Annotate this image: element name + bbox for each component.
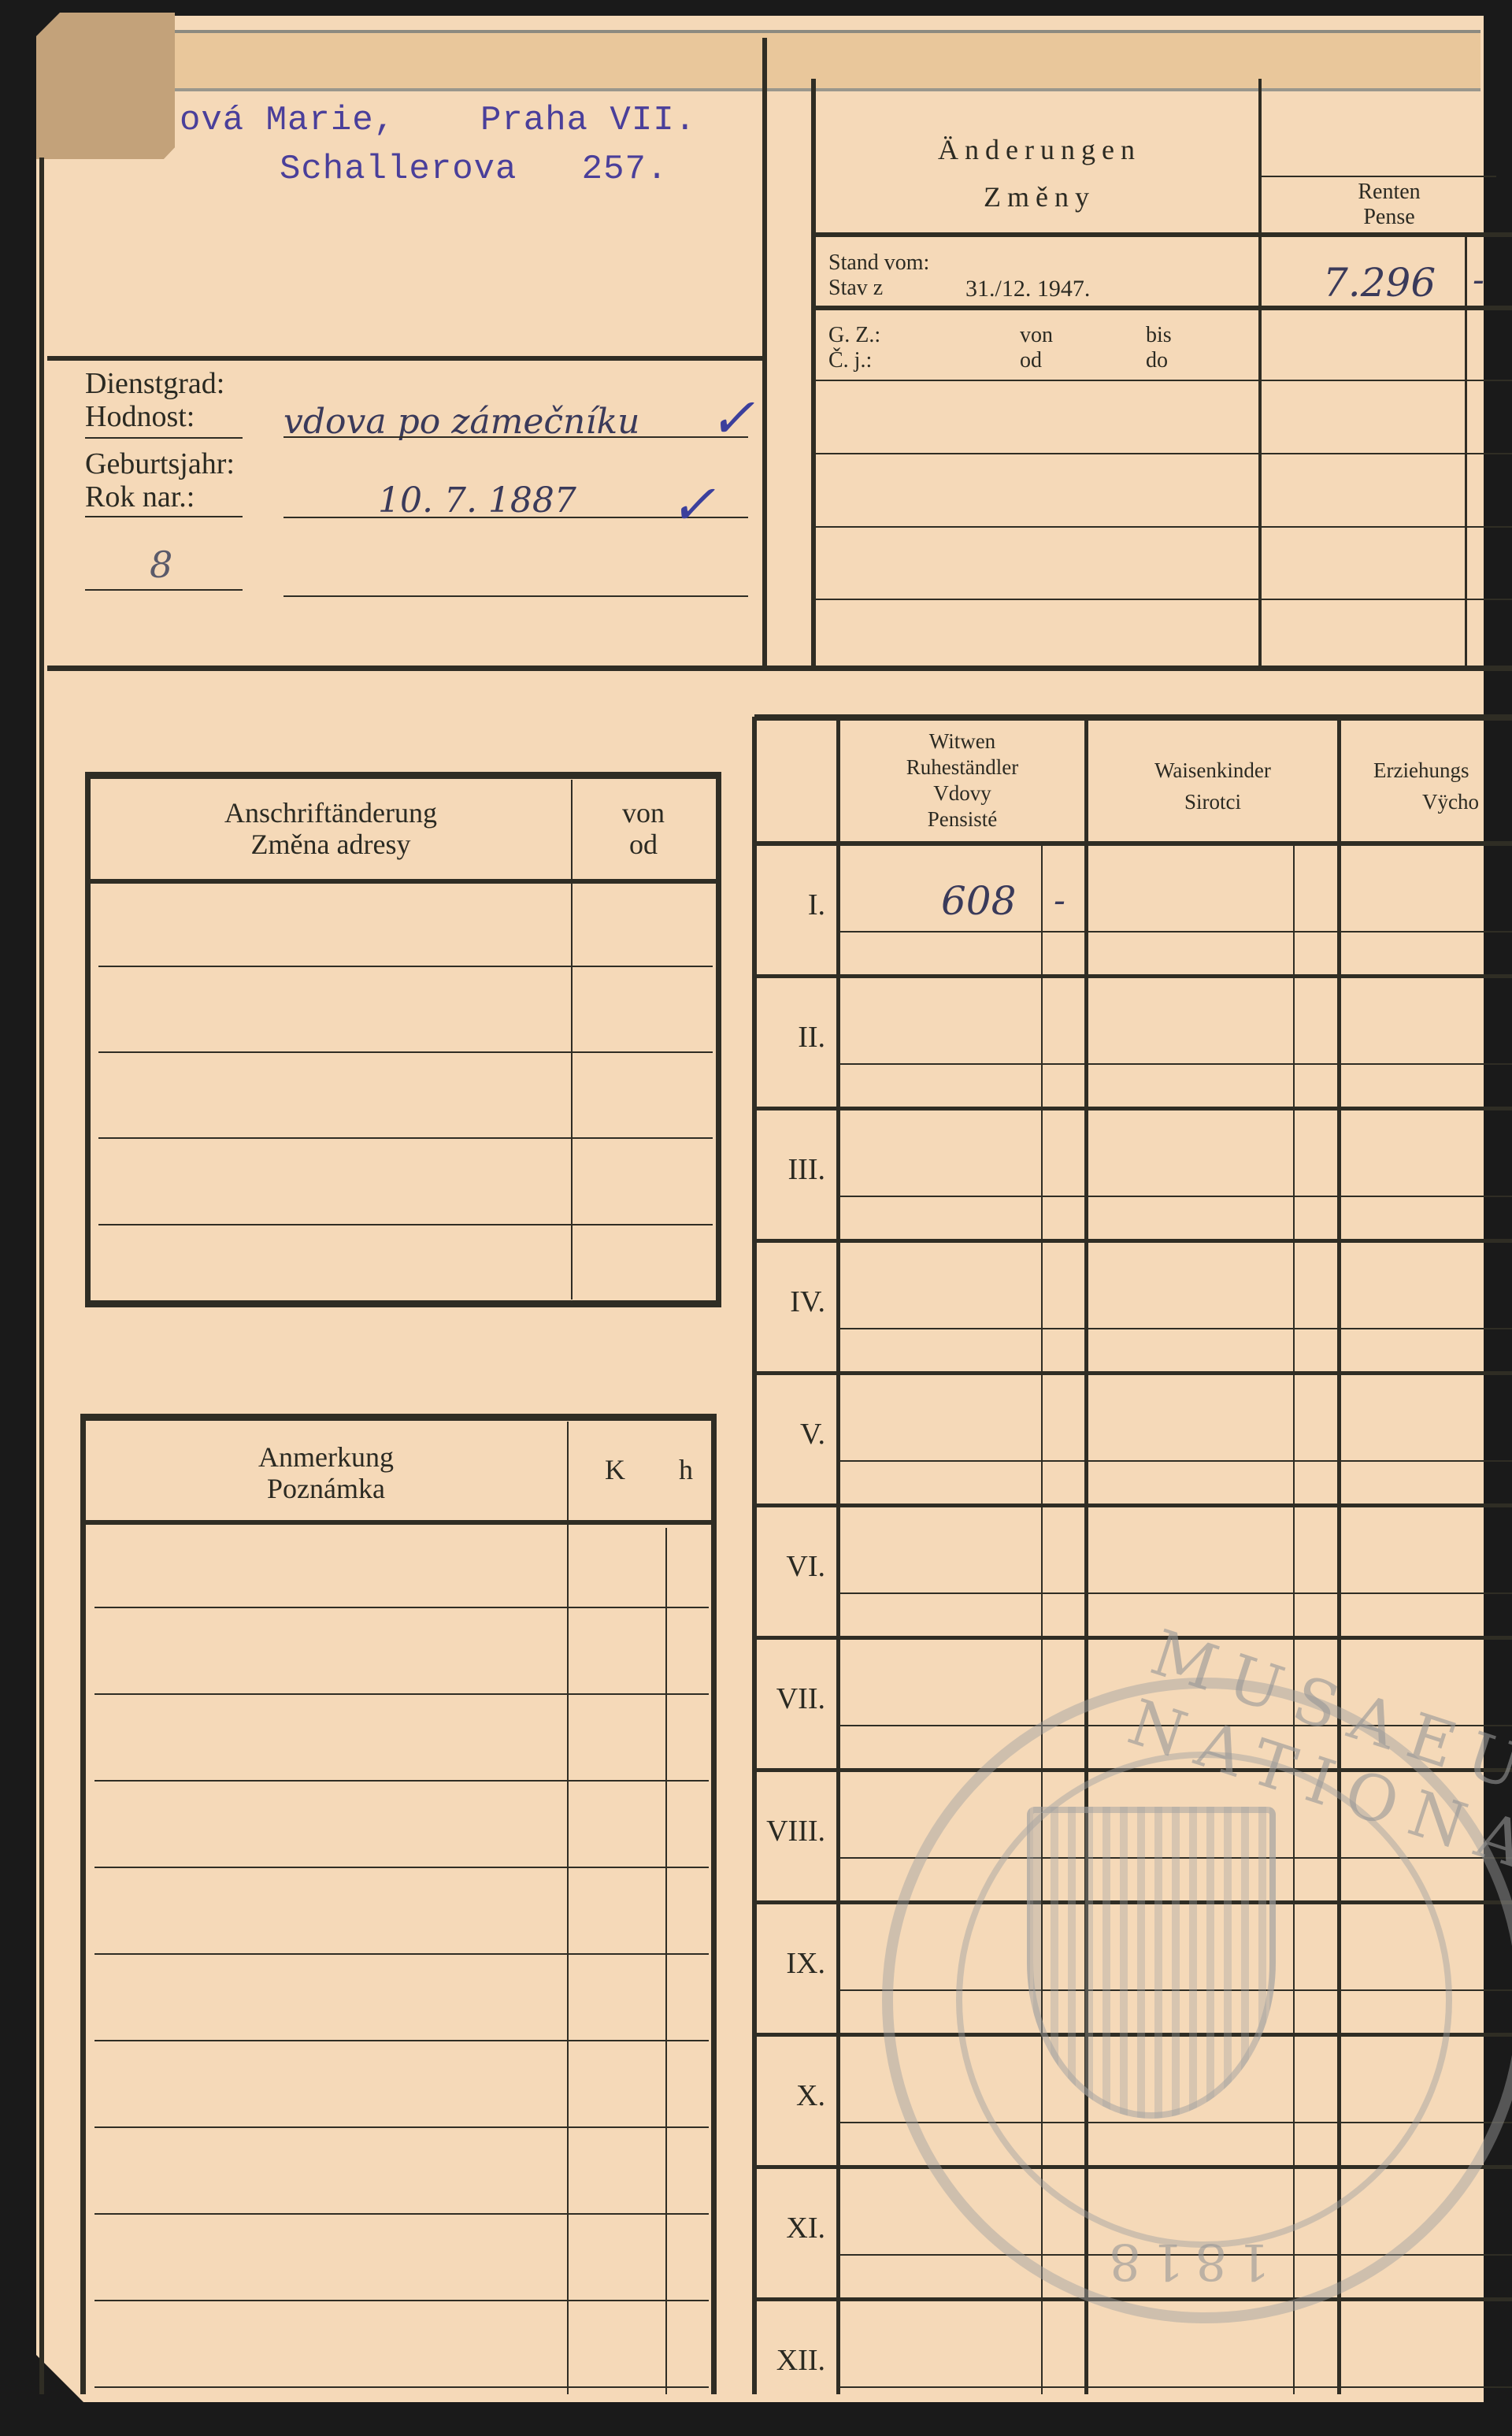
address-row-line [98, 966, 713, 967]
changes-title-cs: Změny [819, 173, 1260, 221]
changes-box-left-rule [811, 79, 816, 668]
remarks-row-line [94, 2213, 709, 2215]
month-entry-line [836, 1725, 1512, 1726]
month-row-divider [754, 1636, 1512, 1640]
stand-label-cs: Stav z [828, 276, 929, 301]
birth-label: Geburtsjahr: Rok nar.: [85, 447, 235, 514]
von-label: von [1020, 323, 1053, 348]
renten-cs: Pense [1263, 205, 1512, 230]
col-education-line: Erziehungs [1373, 755, 1512, 786]
birth-label-underline [85, 516, 243, 517]
month-row-divider [754, 1503, 1512, 1507]
birth-label-cs: Rok nar.: [85, 480, 235, 514]
od-label: od [1020, 348, 1053, 373]
changes-header-bottom [816, 232, 1512, 237]
month-entry-line [836, 2254, 1512, 2256]
month-entry-line [836, 1328, 1512, 1329]
top-band [173, 30, 1480, 91]
birth-check-mark: ✓ [669, 473, 716, 537]
extra-value-line [283, 595, 748, 597]
upper-section-bottom-rule [47, 666, 1512, 671]
month-label: V. [762, 1417, 825, 1452]
remarks-col-h: h [679, 1453, 693, 1486]
col-orphans-header: Waisenkinder Sirotci [1088, 755, 1337, 818]
month-row-divider [754, 2033, 1512, 2037]
address-title-cs: Změna adresy [91, 829, 571, 860]
typed-street: Schallerova 257. [280, 150, 668, 189]
gz-label-cs: Č. j.: [828, 348, 880, 373]
renten-header: Renten Pense [1263, 180, 1512, 230]
gz-label-de: G. Z.: [828, 323, 880, 348]
month-entry-line [836, 1460, 1512, 1462]
stand-label: Stand vom: Stav z [828, 250, 929, 301]
remarks-row-line [94, 1607, 709, 1608]
month-row-divider [754, 1900, 1512, 1904]
rank-label-cs: Hodnost: [85, 400, 224, 433]
changes-title-de: Änderungen [819, 126, 1260, 173]
remarks-header-bottom [85, 1520, 712, 1525]
renten-de: Renten [1263, 180, 1512, 205]
remarks-row-line [94, 1953, 709, 1955]
col-education-line: Vÿcho [1373, 786, 1512, 818]
orphans-sub-divider [1293, 844, 1295, 2394]
gz-label: G. Z.: Č. j.: [828, 323, 880, 373]
von-od-label: von od [1020, 323, 1053, 373]
remarks-title-cs: Poznámka [85, 1473, 567, 1504]
remarks-h-divider [665, 1528, 667, 2394]
birth-value: 10. 7. 1887 [378, 480, 576, 521]
address-row-line [98, 1051, 713, 1053]
remarks-row-line [94, 1693, 709, 1695]
paper-tape-patch [36, 13, 175, 159]
col-orphans-line: Sirotci [1088, 786, 1337, 818]
month-label: X. [762, 2078, 825, 2113]
month-label: IV. [762, 1285, 825, 1319]
jan-amount-dash: - [1054, 881, 1065, 921]
remarks-box [80, 1414, 717, 2394]
payments-left-rule [752, 717, 757, 2394]
changes-row-line [816, 453, 1512, 454]
address-von-header: von od [573, 797, 714, 860]
month-entry-line [836, 1592, 1512, 1594]
month-entry-line [836, 2386, 1512, 2388]
remarks-row-line [94, 2300, 709, 2301]
remarks-row-line [94, 2126, 709, 2128]
rank-label-de: Dienstgrad: [85, 367, 224, 400]
payments-header-bottom [754, 841, 1512, 846]
month-entry-line [836, 1196, 1512, 1197]
month-entry-line [836, 2122, 1512, 2123]
stand-amount-dash: - [1473, 260, 1484, 300]
remarks-col-k: K [605, 1453, 625, 1486]
card-left-rule [39, 158, 44, 2394]
col-education-header: Erziehungs Vÿcho [1373, 755, 1512, 818]
month-label: VII. [762, 1681, 825, 1716]
remarks-title: Anmerkung Poznámka [85, 1441, 567, 1504]
month-label: VI. [762, 1549, 825, 1584]
changes-row-line [816, 380, 1512, 381]
stand-bottom [816, 306, 1512, 310]
changes-title: Änderungen Změny [819, 126, 1260, 221]
month-label: III. [762, 1152, 825, 1187]
col-widows-header: Witwen Ruheständler Vdovy Pensisté [840, 729, 1084, 832]
month-row-divider [754, 1107, 1512, 1110]
do-label: do [1146, 348, 1172, 373]
changes-row-line [816, 526, 1512, 528]
rank-label: Dienstgrad: Hodnost: [85, 367, 224, 433]
address-od: od [573, 829, 714, 860]
month-row-divider [754, 1371, 1512, 1375]
bis-do-label: bis do [1146, 323, 1172, 373]
address-row-line [98, 1224, 713, 1225]
month-row-divider [754, 2165, 1512, 2169]
remarks-title-de: Anmerkung [85, 1441, 567, 1473]
address-header-bottom [91, 879, 717, 884]
rank-label-underline [85, 437, 243, 439]
renten-divider [1260, 176, 1496, 177]
typed-city: Praha VII. [480, 101, 696, 140]
header-divider [47, 356, 764, 361]
month-label: IX. [762, 1946, 825, 1981]
month-label: XII. [762, 2343, 825, 2378]
address-change-title: Anschriftänderung Změna adresy [91, 797, 571, 860]
month-row-divider [754, 2297, 1512, 2301]
month-label: I. [762, 888, 825, 922]
address-row-line [98, 1137, 713, 1139]
col-widows-line: Ruheständler [840, 755, 1084, 780]
widows-right-rule [1084, 717, 1088, 2394]
month-row-divider [754, 1239, 1512, 1243]
remarks-row-line [94, 1867, 709, 1868]
remarks-row-line [94, 1780, 709, 1782]
birth-label-de: Geburtsjahr: [85, 447, 235, 480]
upper-left-box-right-rule [762, 38, 767, 668]
remarks-row-line [94, 2040, 709, 2041]
widows-sub-divider [1041, 844, 1043, 2394]
rank-value-line [283, 436, 748, 438]
address-title-de: Anschriftänderung [91, 797, 571, 829]
month-row-divider [754, 974, 1512, 978]
payments-top-rule [754, 714, 1512, 721]
col-orphans-line: Waisenkinder [1088, 755, 1337, 786]
stand-amount: 7.296 [1323, 260, 1436, 306]
rank-check-mark: ✓ [709, 386, 755, 450]
extra-mark: 8 [150, 543, 172, 586]
orphans-right-rule [1337, 717, 1341, 2394]
month-row-divider [754, 1768, 1512, 1772]
month-label: XI. [762, 2211, 825, 2245]
extra-underline [85, 589, 243, 591]
stand-date: 31./12. 1947. [965, 276, 1090, 302]
typed-name: ová Marie, [180, 101, 395, 140]
stand-label-de: Stand vom: [828, 250, 929, 276]
col-widows-line: Witwen [840, 729, 1084, 755]
changes-box-right-rule [1465, 236, 1467, 668]
month-entry-line [836, 1063, 1512, 1065]
jan-amount: 608 [941, 878, 1016, 924]
month-label: II. [762, 1020, 825, 1055]
month-entry-line [836, 1857, 1512, 1859]
month-entry-line [836, 931, 1512, 933]
col-widows-line: Vdovy [840, 780, 1084, 806]
payments-month-divider [836, 717, 840, 2394]
remarks-row-line [94, 2386, 709, 2388]
month-entry-line [836, 1989, 1512, 1991]
remarks-k-divider [567, 1422, 569, 2394]
month-label: VIII. [762, 1814, 825, 1848]
col-widows-line: Pensisté [840, 806, 1084, 832]
address-von: von [573, 797, 714, 829]
bis-label: bis [1146, 323, 1172, 348]
changes-row-line [816, 599, 1512, 600]
